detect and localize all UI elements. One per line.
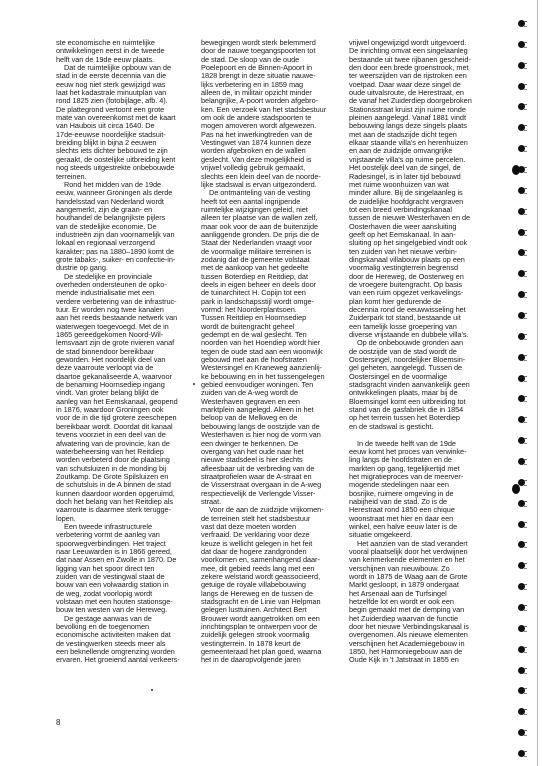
binder-hole-icon bbox=[518, 541, 525, 548]
text-column-right: vrijwel ongewijzigd wordt uitgevoerd.De … bbox=[349, 39, 497, 665]
binder-hole-icon bbox=[518, 83, 525, 90]
binder-hole-icon bbox=[518, 750, 525, 757]
binder-hole-icon bbox=[518, 208, 525, 215]
binder-hole-icon bbox=[518, 375, 525, 382]
text-line: respectievelijk de Verlengde Visser- bbox=[201, 490, 347, 498]
binder-hole-icon bbox=[518, 521, 525, 528]
binder-hole-icon bbox=[518, 416, 525, 423]
binder-hole-icon bbox=[518, 667, 525, 674]
text-line: Oude Kijk in 't Jatstraat in 1855 en bbox=[349, 656, 497, 664]
binder-hole-icon bbox=[518, 687, 525, 694]
binder-hole-icon bbox=[518, 562, 525, 569]
binder-hole-icon bbox=[518, 187, 525, 194]
binder-hole-icon bbox=[518, 124, 525, 131]
text-column-middle: bewegingen wordt sterk belemmerddoor de … bbox=[201, 39, 347, 665]
binder-hole-icon bbox=[518, 270, 525, 277]
binder-hole-icon bbox=[518, 145, 525, 152]
binder-hole-icon bbox=[518, 229, 525, 236]
binder-hole-icon bbox=[518, 354, 525, 361]
binder-hole-icon bbox=[518, 20, 525, 27]
binder-hole-icon bbox=[518, 625, 525, 632]
text-line: het in de daaropvolgende jaren bbox=[201, 656, 347, 664]
binder-hole-icon bbox=[518, 41, 525, 48]
text-line: ervaren. Het groeiend aantal verkeers- bbox=[56, 656, 196, 664]
binder-hole-icon bbox=[518, 458, 525, 465]
binder-hole-icon bbox=[518, 312, 525, 319]
text-line: en de stadswal is gesticht. bbox=[349, 423, 497, 431]
text-line: vaarroute is daarmee sterk terugge- bbox=[56, 506, 196, 514]
binder-hole-icon bbox=[518, 103, 525, 110]
page-number: 8 bbox=[56, 718, 60, 727]
binder-hole-icon bbox=[518, 708, 525, 715]
speck-mark bbox=[151, 689, 153, 691]
binder-hole-icon bbox=[518, 583, 525, 590]
page-edge-line bbox=[537, 0, 538, 766]
binder-hole-icon bbox=[518, 437, 525, 444]
text-column-left: ste economische en ruimtelijkeontwikkeli… bbox=[56, 39, 196, 665]
ink-blot-mark bbox=[512, 165, 520, 175]
ink-blot-mark bbox=[512, 484, 520, 494]
binder-hole-icon bbox=[518, 604, 525, 611]
binder-hole-icon bbox=[518, 291, 525, 298]
binder-hole-icon bbox=[518, 333, 525, 340]
binder-hole-icon bbox=[518, 395, 525, 402]
binder-hole-icon bbox=[518, 500, 525, 507]
binder-hole-icon bbox=[518, 62, 525, 69]
speck-mark bbox=[193, 383, 195, 385]
binder-hole-icon bbox=[518, 249, 525, 256]
binder-hole-icon bbox=[518, 646, 525, 653]
binder-hole-icon bbox=[518, 729, 525, 736]
